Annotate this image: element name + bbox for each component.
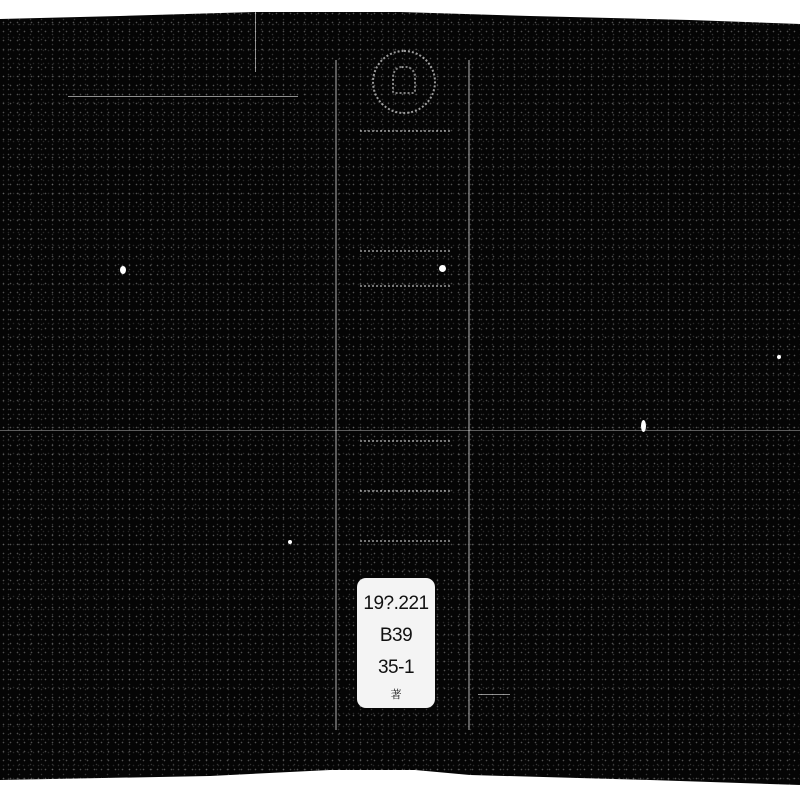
cover-spot xyxy=(439,265,446,272)
spine-band xyxy=(360,250,450,255)
call-number-cutter: B39 xyxy=(380,626,412,645)
call-number-class: 19?.221 xyxy=(363,594,428,613)
cover-spot xyxy=(120,266,126,274)
spine-band xyxy=(360,490,450,495)
cover-spot xyxy=(641,420,646,432)
spine-rail-right xyxy=(468,60,470,730)
call-number-label: 19?.221 B39 35-1 著 xyxy=(357,578,435,708)
cover-spot xyxy=(777,355,781,359)
call-number-volume: 35-1 xyxy=(378,658,414,677)
spine-crest-ornament xyxy=(372,50,436,114)
spine-band xyxy=(360,130,450,135)
spine-rail-left xyxy=(335,60,337,730)
spine-band xyxy=(360,285,450,290)
cover-crease-vertical xyxy=(255,12,256,72)
cover-crease-top-left xyxy=(68,96,298,97)
label-stamp: 著 xyxy=(391,686,402,702)
cover-spot xyxy=(288,540,292,544)
spine-band xyxy=(360,540,450,545)
spine-band xyxy=(360,440,450,445)
scratch-mark xyxy=(478,694,510,695)
